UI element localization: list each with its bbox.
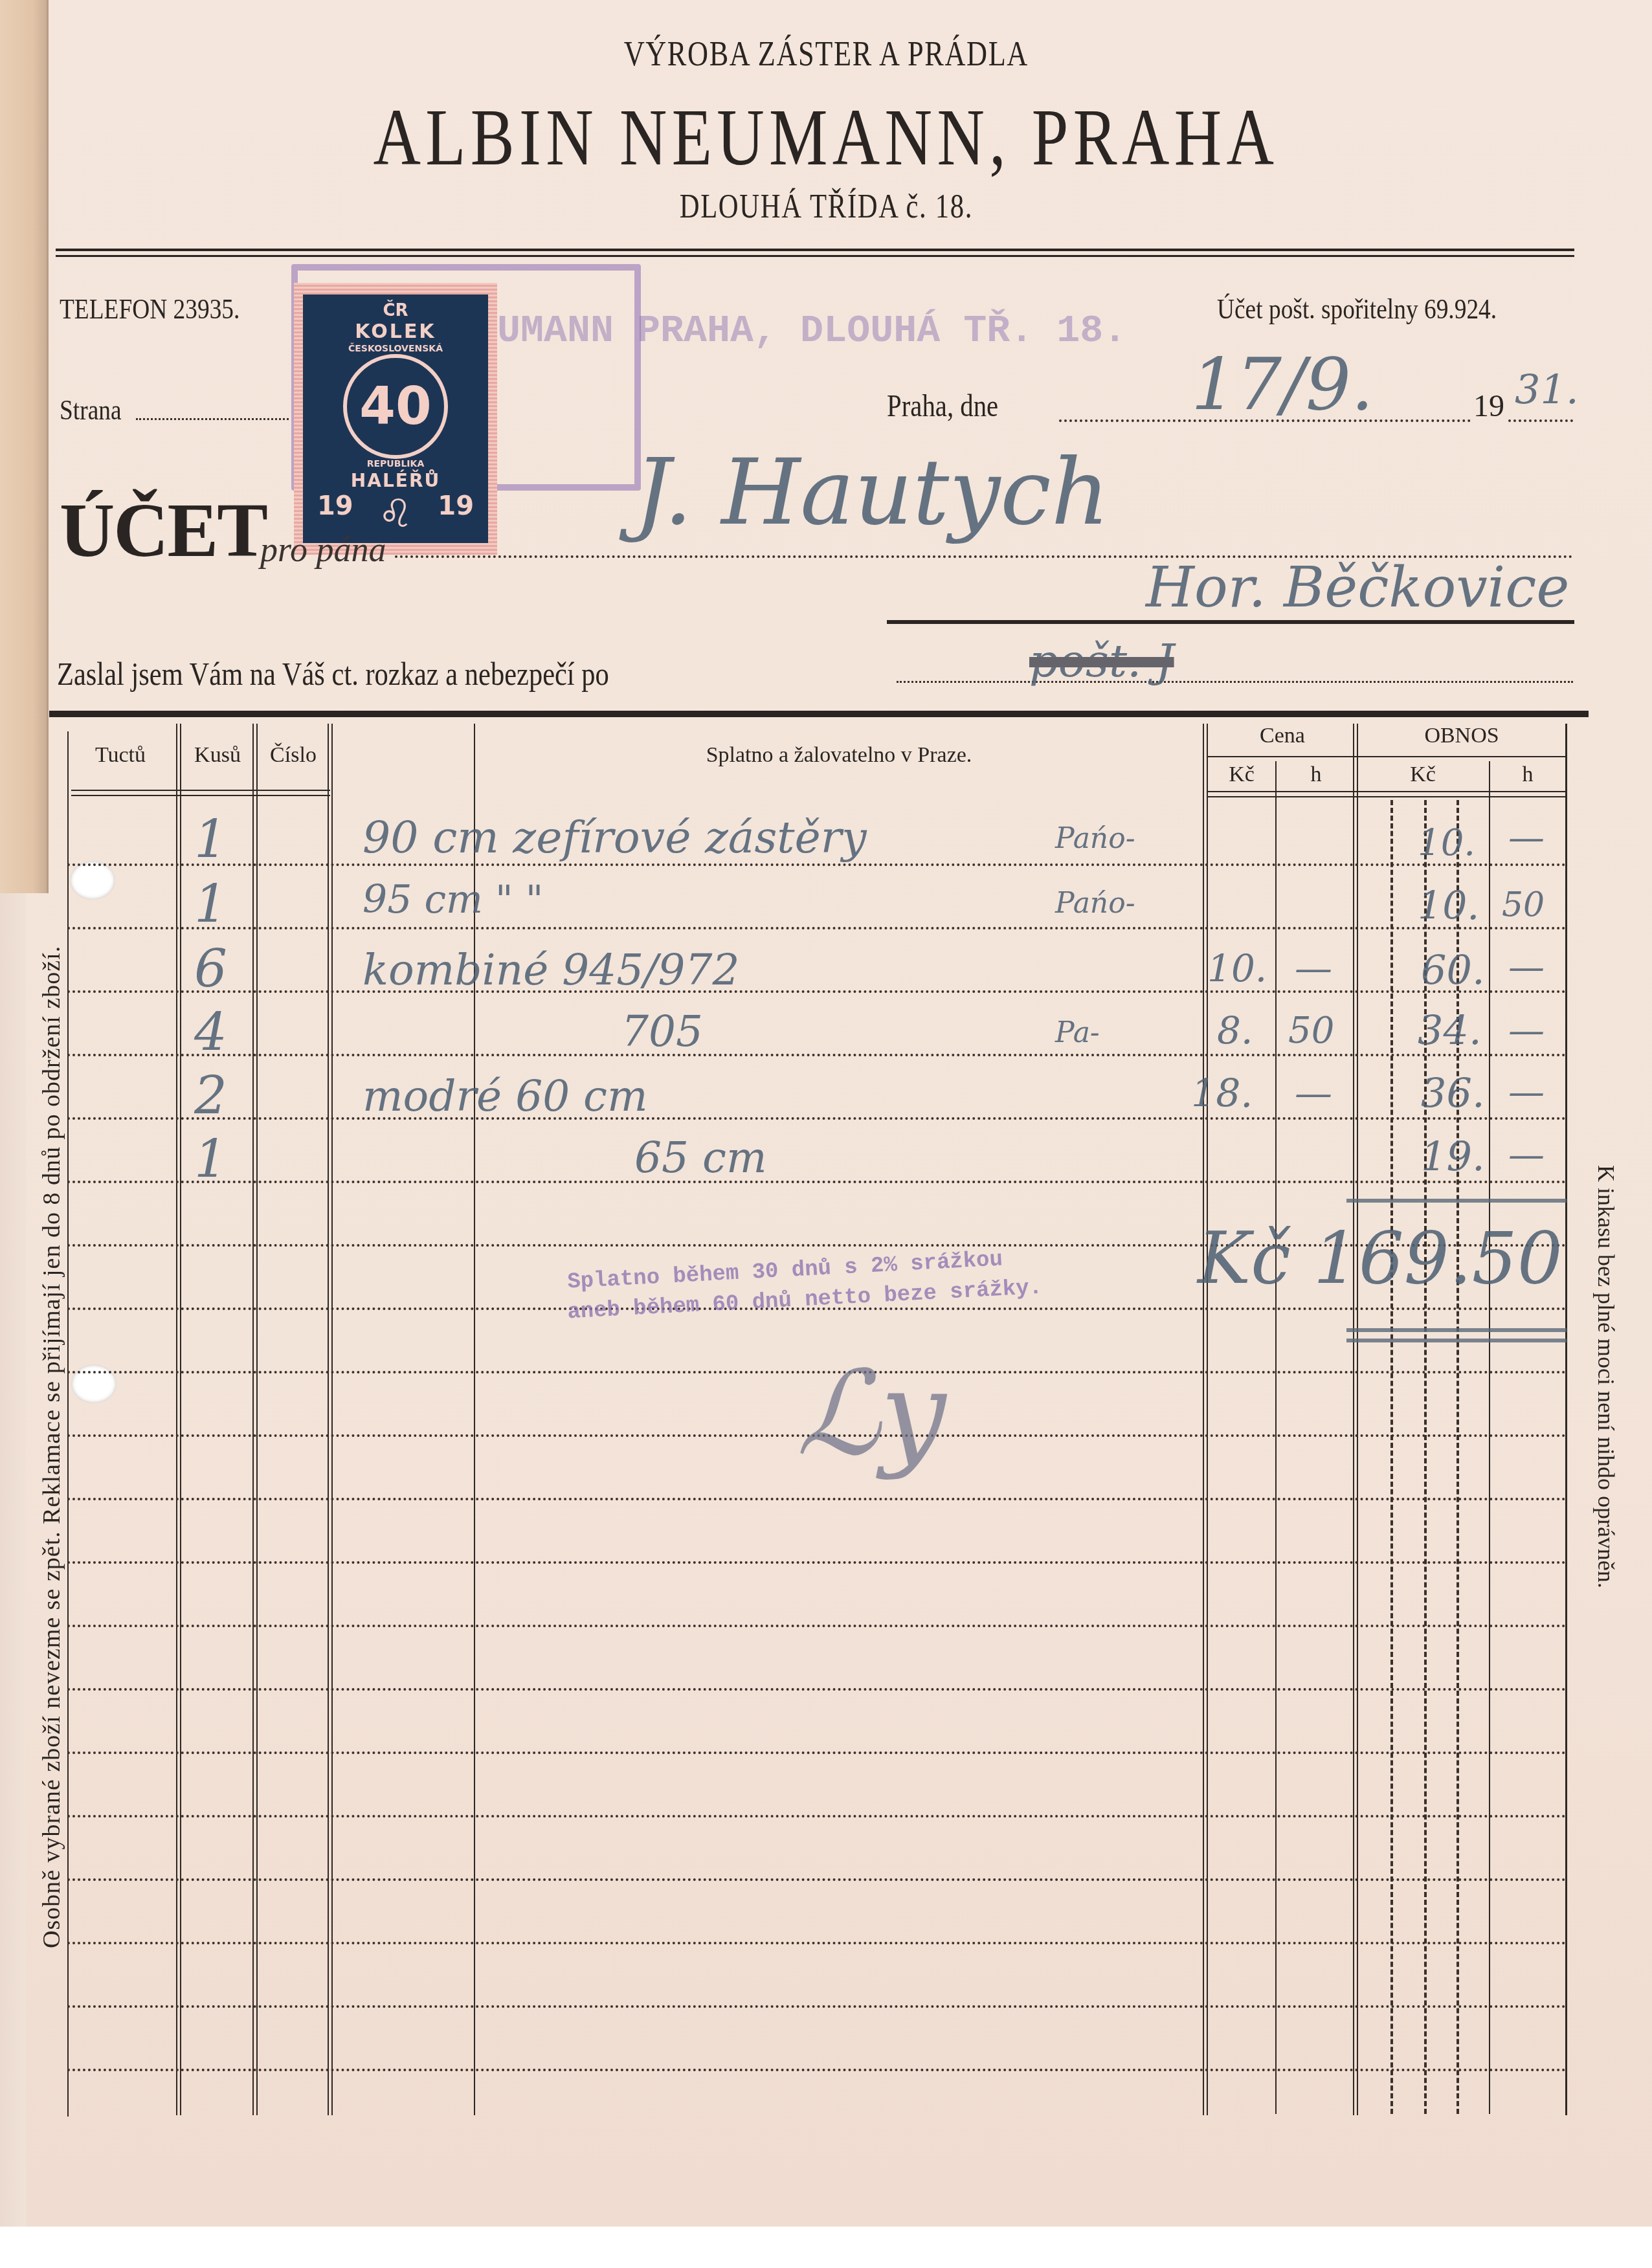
column-line <box>1203 724 1204 2115</box>
header-bottom-rule <box>71 795 330 796</box>
row-1-note: Pańo- <box>1055 822 1135 855</box>
company-address: DLOUHÁ TŘÍDA č. 18. <box>0 188 1652 226</box>
handwritten-customer-name: J. Hautych <box>634 440 1110 546</box>
row-line <box>67 1878 1567 1881</box>
column-line <box>1565 724 1567 2115</box>
header-bottom-rule <box>71 790 330 791</box>
column-line <box>67 731 69 2117</box>
row-5-description: modré 60 cm <box>363 1071 648 1121</box>
row-4-note: Pa- <box>1055 1016 1100 1049</box>
row-3-kusu: 6 <box>194 939 227 999</box>
row-5-kusu: 2 <box>194 1065 227 1126</box>
left-margin-note: Osobně vybrané zboží nevezme se zpět. Re… <box>38 946 66 1948</box>
col-header-obnos: OBNOS <box>1357 724 1567 748</box>
handwritten-customer-place: Hor. Běčkovice <box>1146 555 1569 620</box>
row-2-obnos-h: 50 <box>1502 885 1545 924</box>
stamp-year-right: 19 <box>438 491 474 537</box>
row-line <box>67 1498 1567 1500</box>
invoice-title: ÚČET <box>60 487 267 575</box>
column-line <box>1353 724 1354 2115</box>
header-subdivider <box>1208 756 1567 757</box>
column-line <box>256 724 258 2115</box>
column-line <box>252 724 254 2115</box>
row-4-obnos-kc: 34. <box>1418 1006 1482 1054</box>
handwritten-total: Kč 169.50 <box>1198 1217 1563 1300</box>
row-4-cena-kc: 8. <box>1217 1008 1253 1052</box>
right-margin-note: K inkasu bez plné moci není nihdo oprávn… <box>1592 1165 1620 1588</box>
row-6-obnos-h: — <box>1508 1134 1545 1176</box>
column-line <box>1207 724 1208 2115</box>
row-4-kusu: 4 <box>194 1002 227 1062</box>
row-6-obnos-kc: 19. <box>1421 1133 1485 1180</box>
stamp-title: KOLEK <box>355 320 436 343</box>
row-6-kusu: 1 <box>194 1129 227 1189</box>
row-2-note: Pańo- <box>1055 887 1135 920</box>
column-line <box>1357 724 1358 2115</box>
address-underline <box>887 620 1574 624</box>
row-line <box>67 1561 1567 1564</box>
row-5-cena-h: — <box>1295 1071 1332 1115</box>
row-3-obnos-h: — <box>1508 946 1545 988</box>
column-line <box>331 724 333 2115</box>
row-1-description: 90 cm zefírové zástěry <box>363 812 867 863</box>
row-line <box>67 990 1567 993</box>
column-dash-line <box>1457 800 1459 2114</box>
row-2-description: 95 cm " " <box>363 877 543 922</box>
row-line <box>67 1181 1567 1183</box>
stamp-value: 40 <box>343 354 448 459</box>
total-double-rule <box>1346 1339 1567 1342</box>
stamp-arc-bottom: REPUBLIKA <box>367 459 424 469</box>
row-line <box>67 1625 1567 1627</box>
handwritten-year: 31. <box>1515 366 1579 413</box>
place-date-label: Praha, dne <box>887 388 1018 424</box>
col-header-obnos-kc: Kč <box>1357 762 1489 787</box>
column-line <box>1489 761 1490 2114</box>
row-line <box>67 1942 1567 1944</box>
header-divider <box>56 249 1574 251</box>
stamp-arc-top: ČESKOSLOVENSKÁ <box>348 344 443 354</box>
row-5-obnos-h: — <box>1508 1071 1545 1113</box>
header-divider <box>56 255 1574 257</box>
stamp-unit: HALÉŘŮ <box>351 470 440 491</box>
row-4-description: 705 <box>621 1006 703 1056</box>
row-line <box>67 927 1567 929</box>
revenue-stamp: ČR KOLEK ČESKOSLOVENSKÁ 40 REPUBLIKA HAL… <box>294 283 497 555</box>
column-line <box>176 724 177 2115</box>
for-label: pro pána <box>260 529 386 570</box>
row-line <box>67 863 1567 866</box>
row-line <box>67 1815 1567 1818</box>
page-field[interactable] <box>136 418 289 420</box>
handwritten-date: 17/9. <box>1191 343 1374 426</box>
paper-left-margin <box>0 893 26 2227</box>
col-header-tuctu: Tuctů <box>65 743 176 768</box>
row-3-obnos-kc: 60. <box>1421 946 1485 994</box>
column-line <box>474 724 475 2115</box>
row-line <box>67 1117 1567 1120</box>
postal-account: Účet pošt. spořitelny 69.924. <box>1217 293 1546 326</box>
column-dash-line <box>1390 800 1393 2114</box>
column-line <box>180 724 181 2115</box>
row-4-obnos-h: — <box>1508 1010 1545 1052</box>
row-line <box>67 1751 1567 1754</box>
signature: ℒy <box>796 1346 946 1482</box>
column-line <box>328 724 329 2115</box>
row-6-description: 65 cm <box>634 1133 767 1183</box>
shipping-method-field[interactable] <box>897 681 1573 683</box>
letterhead-tagline: VÝROBA ZÁSTER A PRÁDLA <box>0 34 1652 74</box>
shipping-text: Zaslal jsem Vám na Váš ct. rozkaz a nebe… <box>57 655 706 693</box>
row-line <box>67 1688 1567 1691</box>
row-4-cena-h: 50 <box>1288 1010 1334 1052</box>
stamp-cr: ČR <box>383 301 408 320</box>
row-line <box>67 2005 1567 2008</box>
punch-hole-icon <box>70 861 115 900</box>
year-prefix: 19 <box>1473 388 1504 424</box>
row-2-kusu: 1 <box>194 874 227 934</box>
row-1-kusu: 1 <box>194 809 227 869</box>
company-name: ALBIN NEUMANN, PRAHA <box>0 92 1652 184</box>
header-bottom-rule <box>1208 796 1567 797</box>
year-field[interactable] <box>1508 419 1573 422</box>
row-3-cena-kc: 10. <box>1207 946 1267 990</box>
page-label: Strana <box>60 394 132 427</box>
telephone: TELEFON 23935. <box>60 293 272 326</box>
row-line <box>67 2069 1567 2071</box>
col-header-cena-h: h <box>1275 762 1357 787</box>
col-header-obnos-h: h <box>1489 762 1567 787</box>
row-1-obnos-kc: 10. <box>1418 822 1475 864</box>
row-5-obnos-kc: 36. <box>1421 1069 1485 1117</box>
header-bottom-rule <box>1208 791 1567 792</box>
column-dash-line <box>1424 800 1427 2114</box>
col-header-cena-kc: Kč <box>1208 762 1275 787</box>
row-3-cena-h: — <box>1295 946 1332 990</box>
col-header-description: Splatno a žalovatelno v Praze. <box>474 743 1204 768</box>
column-line <box>1275 761 1277 2114</box>
table-top-rule <box>49 711 1589 717</box>
row-2-obnos-kc: 10. <box>1418 884 1479 929</box>
total-rule <box>1346 1199 1567 1203</box>
col-header-cena: Cena <box>1208 724 1357 748</box>
handwritten-shipping-struck: pošt. J <box>1029 634 1174 687</box>
col-header-kusu: Kusů <box>180 743 255 768</box>
row-3-description: kombiné 945/972 <box>363 945 739 995</box>
col-header-cislo: Číslo <box>256 743 330 768</box>
row-5-cena-kc: 18. <box>1191 1071 1253 1117</box>
row-1-obnos-h: — <box>1508 817 1545 859</box>
row-line <box>67 1054 1567 1056</box>
total-double-rule <box>1346 1328 1567 1332</box>
punch-hole-icon <box>71 1364 117 1403</box>
